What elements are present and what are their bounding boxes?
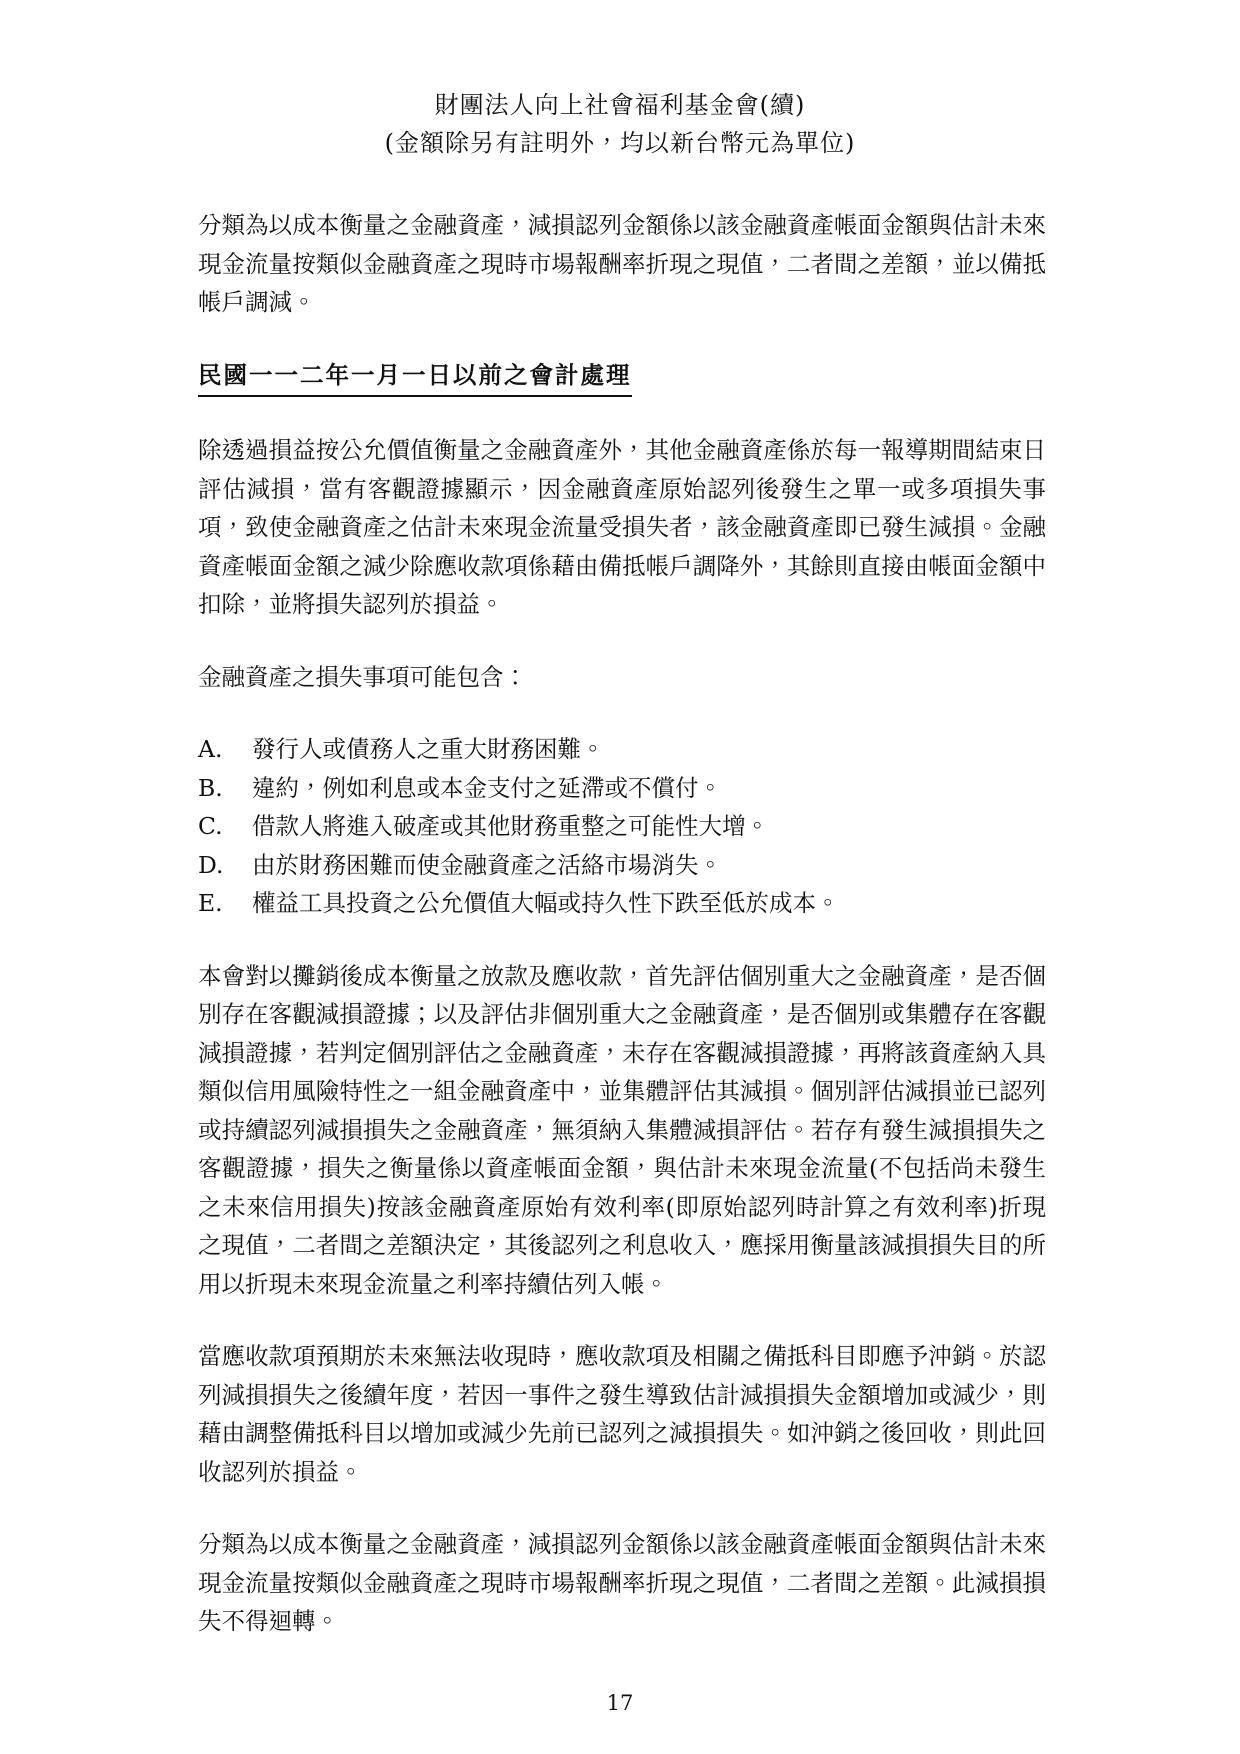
paragraph-writeoff-policy: 當應收款項預期於未來無法收現時，應收款項及相關之備抵科目即應予沖銷。於認列減損損… <box>198 1337 1046 1491</box>
document-title: 財團法人向上社會福利基金會(續) <box>0 86 1240 124</box>
paragraph-no-reversal: 分類為以成本衡量之金融資產，減損認列金額係以該金融資產帳面金額與估計未來現金流量… <box>198 1525 1046 1641</box>
list-item: C. 借款人將進入破產或其他財務重整之可能性大增。 <box>198 807 1046 846</box>
document-body: 分類為以成本衡量之金融資產，減損認列金額係以該金融資產帳面金額與估計未來現金流量… <box>198 206 1046 1641</box>
list-item: A. 發行人或債務人之重大財務困難。 <box>198 730 1046 769</box>
list-item-text: 權益工具投資之公允價值大幅或持久性下跌至低於成本。 <box>252 884 1046 923</box>
list-item-text: 借款人將進入破產或其他財務重整之可能性大增。 <box>252 807 1046 846</box>
document-header: 財團法人向上社會福利基金會(續) (金額除另有註明外，均以新台幣元為單位) <box>0 0 1240 162</box>
list-item-marker: B. <box>198 769 252 808</box>
list-item: E. 權益工具投資之公允價值大幅或持久性下跌至低於成本。 <box>198 884 1046 923</box>
page-number: 17 <box>0 1690 1240 1716</box>
list-item-marker: E. <box>198 884 252 923</box>
section-heading-pre-2023-accounting: 民國一一二年一月一日以前之會計處理 <box>198 356 1046 398</box>
document-subtitle: (金額除另有註明外，均以新台幣元為單位) <box>0 124 1240 162</box>
list-item-text: 發行人或債務人之重大財務困難。 <box>252 730 1046 769</box>
list-item-text: 違約，例如利息或本金支付之延滯或不償付。 <box>252 769 1046 808</box>
list-item-marker: C. <box>198 807 252 846</box>
list-item-marker: D. <box>198 846 252 885</box>
list-item: D. 由於財務困難而使金融資產之活絡市場消失。 <box>198 846 1046 885</box>
list-item: B. 違約，例如利息或本金支付之延滯或不償付。 <box>198 769 1046 808</box>
document-page: 財團法人向上社會福利基金會(續) (金額除另有註明外，均以新台幣元為單位) 分類… <box>0 0 1240 1754</box>
paragraph-impairment-assessment: 除透過損益按公允價值衡量之金融資產外，其他金融資產係於每一報導期間結束日評估減損… <box>198 431 1046 624</box>
list-item-marker: A. <box>198 730 252 769</box>
paragraph-individual-collective-assessment: 本會對以攤銷後成本衡量之放款及應收款，首先評估個別重大之金融資產，是否個別存在客… <box>198 957 1046 1304</box>
list-item-text: 由於財務困難而使金融資產之活絡市場消失。 <box>252 846 1046 885</box>
loss-events-list: A. 發行人或債務人之重大財務困難。 B. 違約，例如利息或本金支付之延滯或不償… <box>198 730 1046 923</box>
section-heading-text: 民國一一二年一月一日以前之會計處理 <box>198 356 632 398</box>
paragraph-loss-events-intro: 金融資產之損失事項可能包含： <box>198 658 1046 697</box>
paragraph-cost-measured-assets: 分類為以成本衡量之金融資產，減損認列金額係以該金融資產帳面金額與估計未來現金流量… <box>198 206 1046 322</box>
